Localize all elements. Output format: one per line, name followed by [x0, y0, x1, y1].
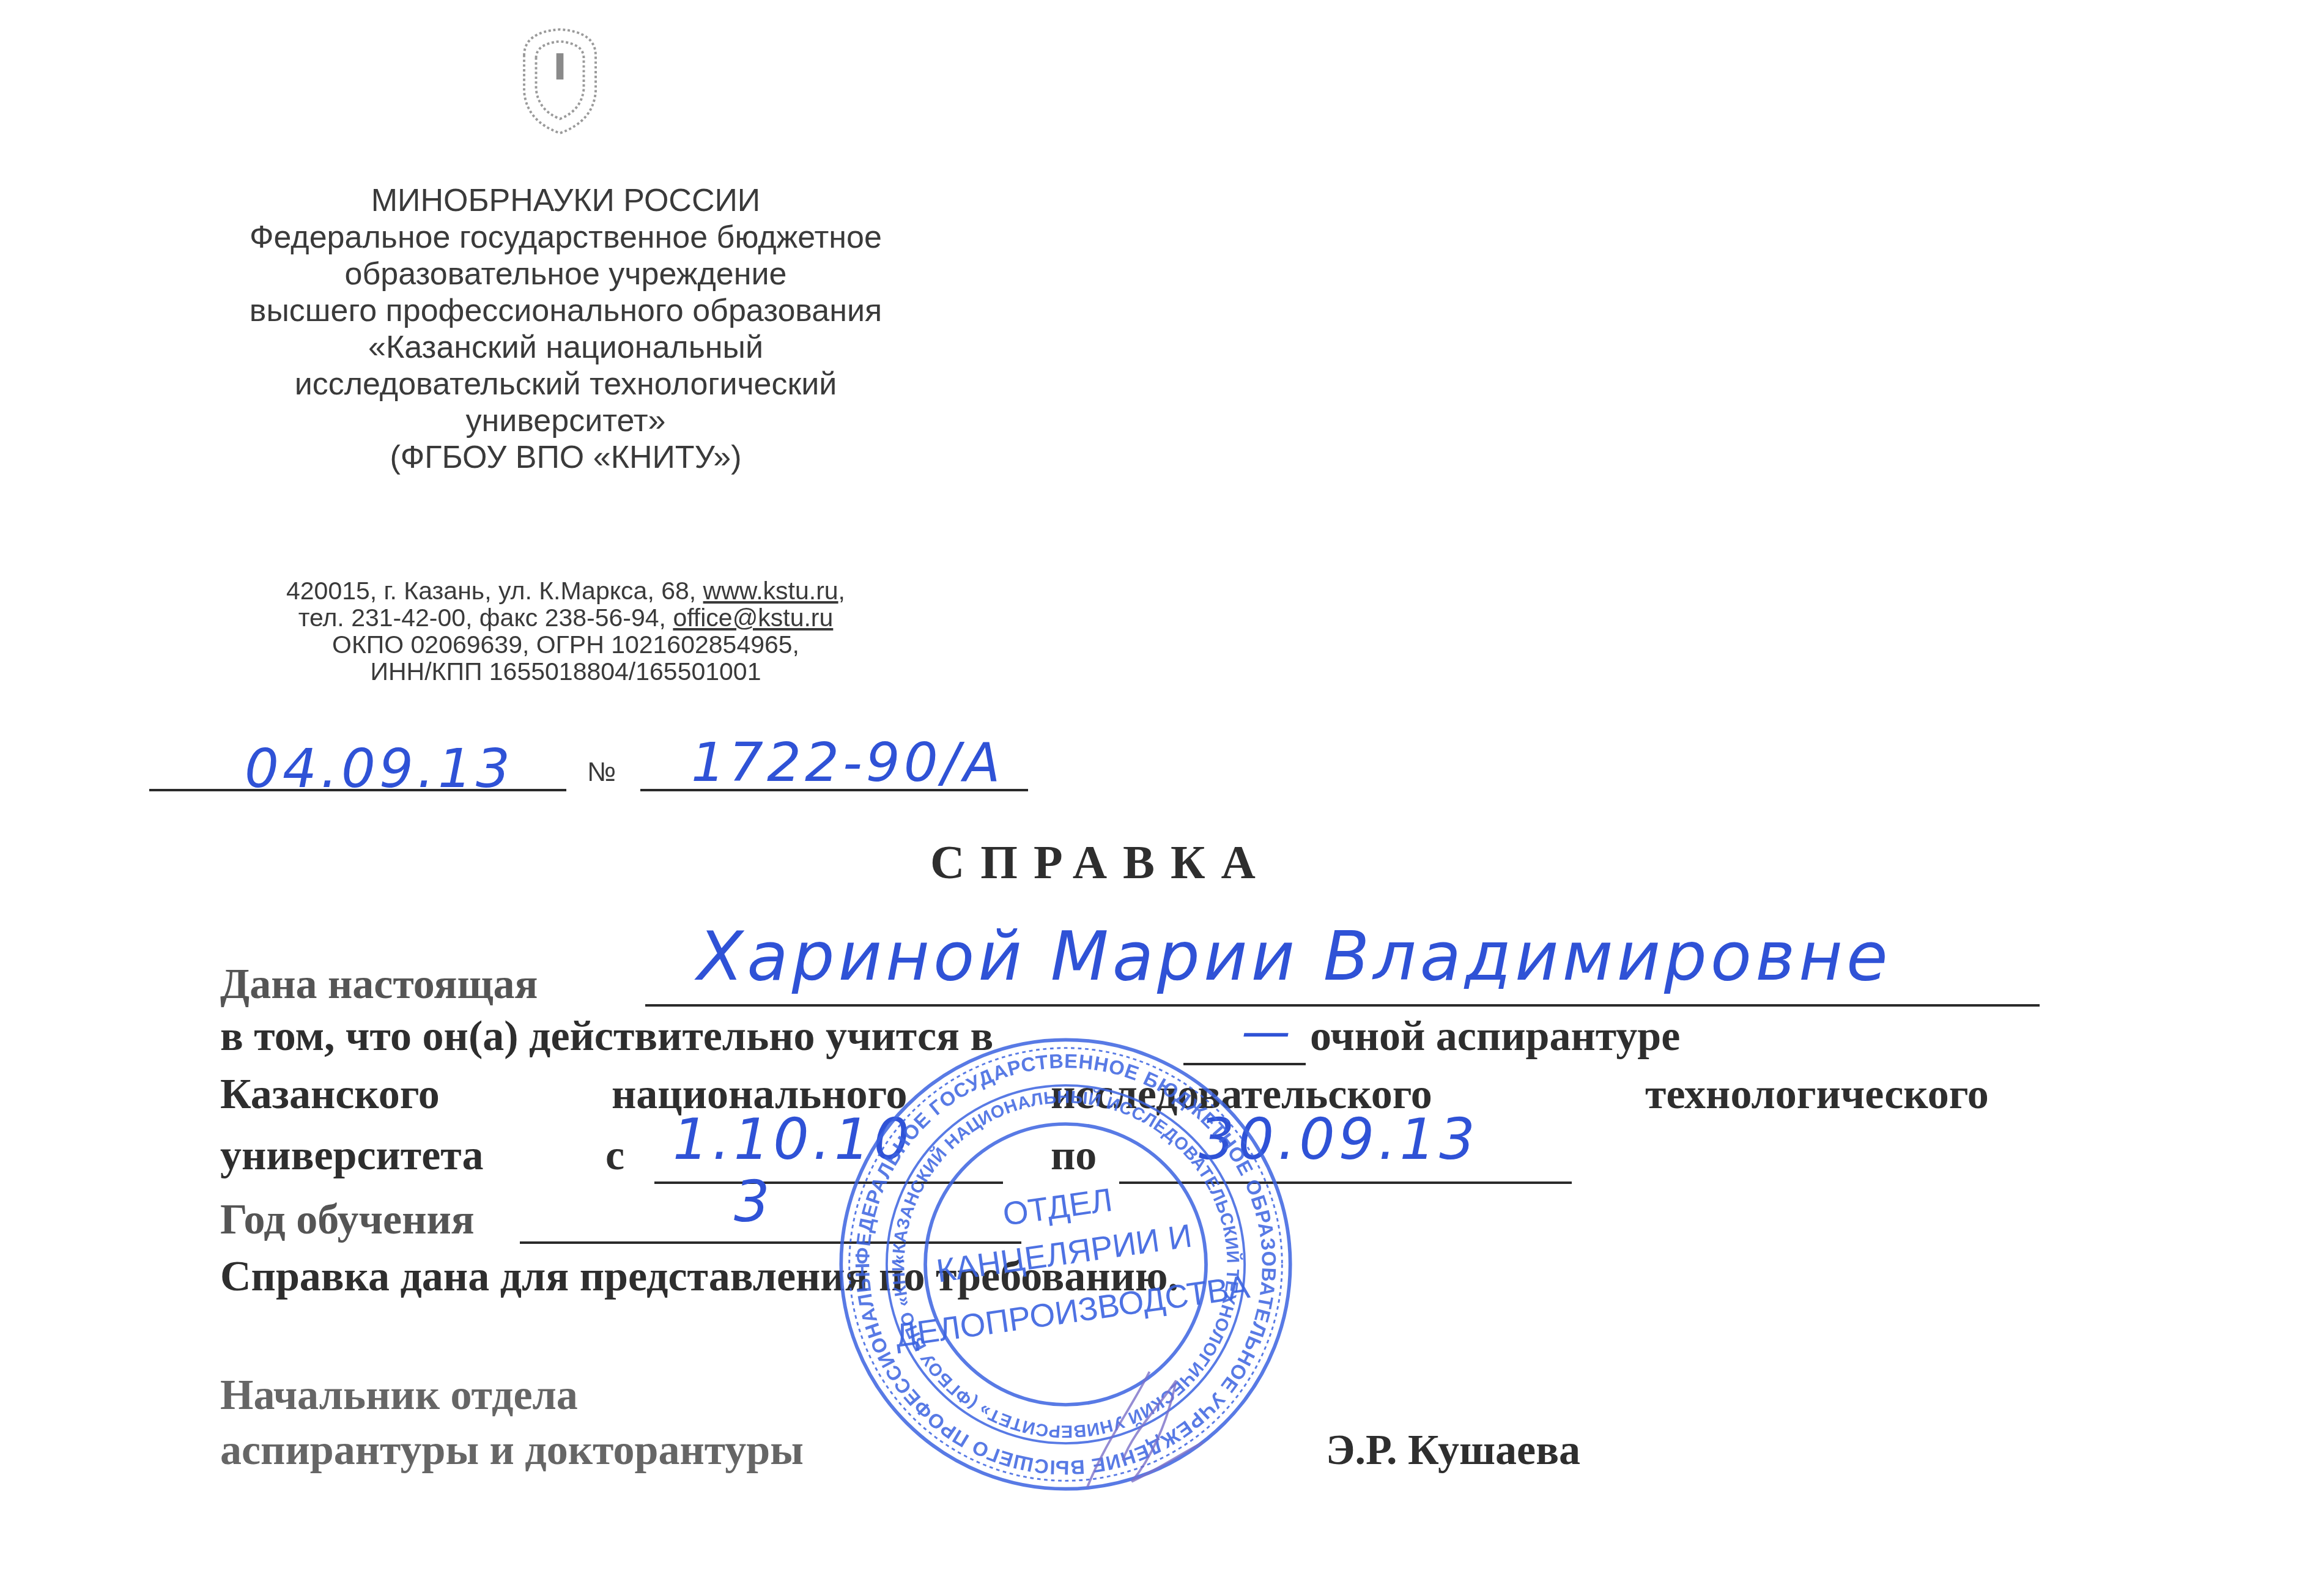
handwritten-signature: [1052, 1351, 1229, 1498]
institution-line: Федеральное государственное бюджетное: [122, 219, 1009, 256]
institution-line: исследовательский технологический: [122, 366, 1009, 402]
university-emblem-icon: [500, 18, 620, 141]
tax-codes: ИНН/КПП 1655018804/165501001: [153, 658, 979, 685]
issued-to-label: Дана настоящая: [220, 960, 538, 1009]
name-underline: [645, 1004, 2040, 1007]
document-title: СПРАВКА: [795, 835, 1407, 890]
letterhead: МИНОБРНАУКИ РОССИИ Федеральное государст…: [122, 182, 1009, 476]
from-label: с: [605, 1131, 624, 1180]
university-word: университета: [220, 1131, 484, 1180]
signer-position-line1: Начальник отдела: [220, 1371, 578, 1420]
year-label: Год обучения: [220, 1196, 475, 1244]
website-link[interactable]: www.kstu.ru: [703, 577, 838, 605]
signer-name: Э.Р. Кушаева: [1326, 1426, 1580, 1475]
stamp-center-line: КАНЦЕЛЯРИИ И: [934, 1218, 1194, 1290]
signer-position-line2: аспирантуры и докторантуры: [220, 1426, 804, 1475]
registry-codes: ОКПО 02069639, ОГРН 1021602854965,: [153, 631, 979, 658]
number-underline: [640, 789, 1028, 791]
university-word: технологического: [1645, 1070, 1989, 1119]
institution-line: высшего профессионального образования: [122, 292, 1009, 329]
contacts: тел. 231-42-00, факс 238-56-94, office@k…: [153, 604, 979, 631]
date-underline: [149, 789, 566, 791]
postal-address: 420015, г. Казань, ул. К.Маркса, 68, www…: [153, 577, 979, 604]
study-text-suffix: очной аспирантуре: [1310, 1012, 1680, 1061]
address-block: 420015, г. Казань, ул. К.Маркса, 68, www…: [153, 577, 979, 685]
issued-to-name: Хариной Марии Владимировне: [697, 917, 1892, 996]
institution-line: «Казанский национальный: [122, 329, 1009, 366]
institution-abbreviation: (ФГБОУ ВПО «КНИТУ»): [122, 439, 1009, 476]
institution-line: образовательное учреждение: [122, 256, 1009, 292]
institution-line: университет»: [122, 402, 1009, 439]
registration-number: 1722-90/А: [691, 731, 1004, 794]
ministry-name: МИНОБРНАУКИ РОССИИ: [122, 182, 1009, 219]
stamp-center-line: ОТДЕЛ: [1001, 1182, 1114, 1233]
year-value: 3: [734, 1169, 774, 1235]
university-word: Казанского: [220, 1070, 440, 1119]
email-link[interactable]: office@kstu.ru: [673, 604, 833, 632]
number-sign: №: [587, 757, 616, 788]
